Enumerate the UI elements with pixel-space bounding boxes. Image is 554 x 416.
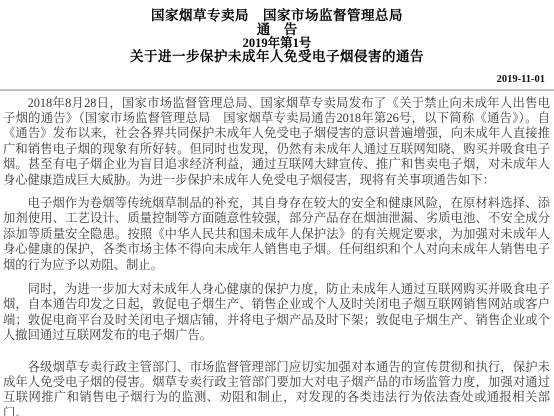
document-body: 2018年8月28日，国家市场监督管理总局、国家烟草专卖局发布了《关于禁止向未成… — [0, 91, 554, 416]
document-header: 国家烟草专卖局 国家市场监督管理总局 通 告 2019年第1号 关于进一步保护未… — [0, 0, 554, 64]
body-paragraph-risks: 电子烟作为卷烟等传统烟草制品的补充，其自身存在较大的安全和健康风险，在原材料选择… — [3, 196, 550, 273]
publish-date: 2019-11-01 — [0, 74, 554, 85]
body-paragraph-intro: 2018年8月28日，国家市场监督管理总局、国家烟草专卖局发布了《关于禁止向未成… — [3, 96, 550, 188]
document-type: 通 告 — [0, 23, 554, 37]
notice-document: 国家烟草专卖局 国家市场监督管理总局 通 告 2019年第1号 关于进一步保护未… — [0, 0, 554, 416]
body-paragraph-internet-ban: 同时，为进一步加大对未成年人身心健康的保护力度，防止未成年人通过互联网购买并吸食… — [3, 282, 550, 344]
document-number: 2019年第1号 — [0, 37, 554, 50]
document-title: 关于进一步保护未成年人免受电子烟侵害的通告 — [0, 50, 554, 64]
body-paragraph-enforcement: 各级烟草专卖行政主管部门、市场监督管理部门应切实加强对本通告的宣传贯彻和执行，保… — [3, 360, 550, 416]
issuing-agencies: 国家烟草专卖局 国家市场监督管理总局 — [0, 9, 554, 23]
